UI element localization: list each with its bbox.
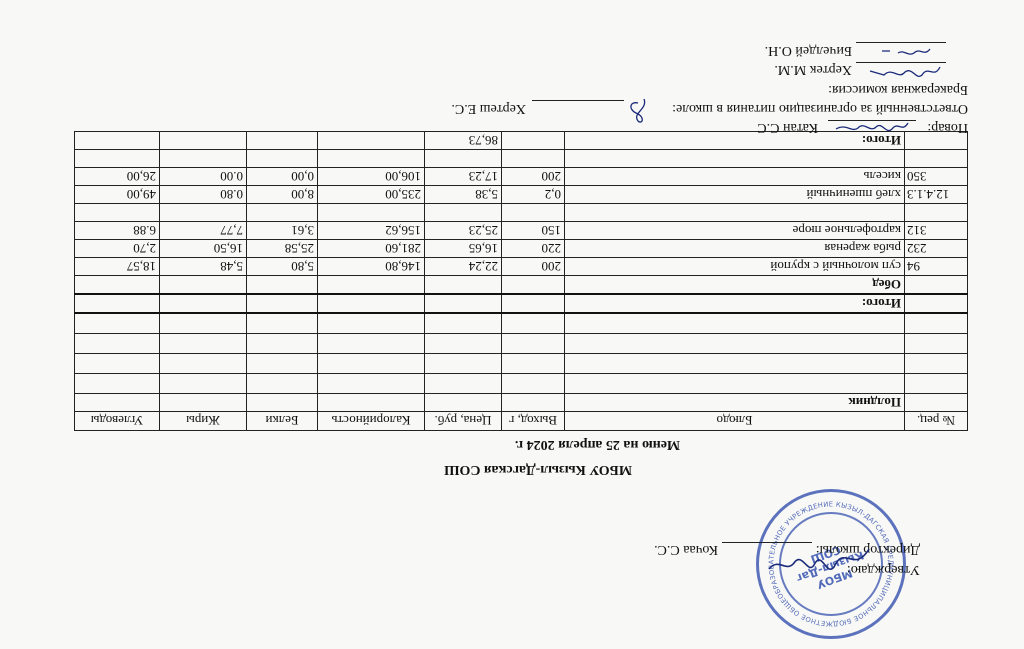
director-signature [764,539,874,579]
cell-yield [502,394,565,412]
cell-recipe [905,204,968,222]
cell-calories: 146,80 [318,258,425,276]
cook-name: Катан С.С [757,119,818,135]
cell-yield: 200 [502,168,565,186]
col-proteins-header: Белки [247,412,318,431]
cell-fats: 16,50 [160,240,247,258]
cell-fats [160,374,247,394]
cell-fats [160,132,247,150]
commission-signature-line-1 [856,62,946,63]
cell-yield [502,313,565,334]
cell-recipe [905,276,968,295]
cell-price [425,354,502,374]
empty-row [75,354,968,374]
cell-yield [502,204,565,222]
commission-member-1: Хертек М.М. [774,61,852,77]
cell-carbs: 2,70 [75,240,160,258]
col-calories-header: Калорийность [318,412,425,431]
cell-calories [318,394,425,412]
cell-proteins [247,374,318,394]
cell-carbs [75,313,160,334]
cell-fats [160,204,247,222]
cell-carbs [75,354,160,374]
cell-yield: 150 [502,222,565,240]
cell-recipe: 232 [905,240,968,258]
cell-fats [160,294,247,313]
table-row: 232рыба жареная22016,65281,6025,5816,502… [75,240,968,258]
cell-proteins: 5,80 [247,258,318,276]
cell-recipe [905,394,968,412]
cell-dish: суп молочный с крупой [565,258,905,276]
cell-recipe [905,313,968,334]
cell-proteins [247,150,318,168]
cell-dish: кисель [565,168,905,186]
responsible-signature [622,95,652,127]
cell-calories [318,313,425,334]
cell-proteins [247,334,318,354]
section-row: Полдник [75,394,968,412]
total-price: 86,73 [425,132,502,150]
cell-fats [160,150,247,168]
cell-calories: 106,00 [318,168,425,186]
cell-yield [502,150,565,168]
empty-row [75,313,968,334]
responsible-label: Ответственный за организацию питания в ш… [672,100,968,116]
cell-dish: хлеб пшеничный [565,186,905,204]
cell-yield: 0,2 [502,186,565,204]
cell-carbs [75,150,160,168]
table-row: 12.4.1.3хлеб пшеничный0,25,38235,008,000… [75,186,968,204]
cell-calories [318,374,425,394]
cell-dish [565,334,905,354]
cell-carbs: 49,00 [75,186,160,204]
cell-carbs [75,394,160,412]
cell-calories [318,204,425,222]
cell-fats: 0.00 [160,168,247,186]
cook-label: Повар: [927,119,968,135]
cell-price: 25,23 [425,222,502,240]
commission-signature-line-2 [856,42,946,43]
cell-recipe: 94 [905,258,968,276]
cell-carbs [75,204,160,222]
total-label: Итого: [565,294,905,313]
cell-recipe: 350 [905,168,968,186]
cell-carbs: 18,57 [75,258,160,276]
cell-price [425,276,502,295]
cell-recipe [905,374,968,394]
total-row: Итого: [75,294,968,313]
table-row: 350кисель20017,23106,000,000.0026,00 [75,168,968,186]
empty-row [75,150,968,168]
cell-proteins [247,132,318,150]
section-title: Обед [565,276,905,295]
cell-calories [318,132,425,150]
document-page: МУНИЦИПАЛЬНОЕ БЮДЖЕТНОЕ ОБЩЕОБРАЗОВАТЕЛЬ… [0,0,1024,649]
cell-recipe [905,334,968,354]
cell-price [425,394,502,412]
cell-fats [160,354,247,374]
menu-date-title: Меню на 25 апреля 2024 г. [515,436,680,452]
cell-proteins [247,276,318,295]
cell-yield [502,276,565,295]
table-row: 312картофельное пюре15025,23156,623,617,… [75,222,968,240]
cell-carbs [75,276,160,295]
commission-member-2: Бичелдей О.Н. [765,42,852,58]
cell-calories: 281,60 [318,240,425,258]
cell-yield [502,374,565,394]
cell-yield [502,334,565,354]
cell-price [425,150,502,168]
cell-carbs [75,334,160,354]
cell-yield [502,132,565,150]
cell-recipe: 312 [905,222,968,240]
commission-signature-2 [874,43,934,61]
cell-dish [565,204,905,222]
cell-price: 17,23 [425,168,502,186]
menu-table: № рец. Блюдо Выход, г Цена, руб. Калорий… [74,131,968,431]
col-yield-header: Выход, г [502,412,565,431]
cell-proteins [247,394,318,412]
empty-row [75,374,968,394]
cell-price [425,334,502,354]
cell-calories [318,276,425,295]
cell-calories [318,294,425,313]
commission-signature-1 [864,61,944,83]
table-header-row: № рец. Блюдо Выход, г Цена, руб. Калорий… [75,412,968,431]
table-row: 94суп молочный с крупой20022,24146,805,8… [75,258,968,276]
cell-carbs [75,374,160,394]
cell-proteins [247,294,318,313]
cell-carbs [75,294,160,313]
school-title: МБОУ Кызыл-Дагская СОШ [444,461,632,477]
col-carbs-header: Углеводы [75,412,160,431]
cell-recipe [905,150,968,168]
cell-price: 16,65 [425,240,502,258]
col-fats-header: Жиры [160,412,247,431]
cell-proteins: 0,00 [247,168,318,186]
cell-dish: рыба жареная [565,240,905,258]
cell-dish: картофельное пюре [565,222,905,240]
responsible-name: Хертеш Е.С. [451,100,526,116]
cell-yield [502,354,565,374]
cell-fats [160,334,247,354]
cook-signature [832,117,912,137]
section-title: Полдник [565,394,905,412]
cell-carbs [75,132,160,150]
commission-label: Бракеражная комиссия: [828,81,968,97]
cell-calories: 235,00 [318,186,425,204]
col-price-header: Цена, руб. [425,412,502,431]
total-price [425,294,502,313]
section-row: Обед [75,276,968,295]
cell-fats [160,394,247,412]
cell-proteins [247,204,318,222]
cell-fats: 0.80 [160,186,247,204]
cell-price [425,374,502,394]
cell-fats [160,276,247,295]
cell-yield: 200 [502,258,565,276]
cell-carbs: 6.88 [75,222,160,240]
cell-calories: 156,62 [318,222,425,240]
cell-calories [318,354,425,374]
cell-dish [565,150,905,168]
menu-table-body: ПолдникИтого:Обед94суп молочный с крупой… [75,132,968,412]
empty-row [75,204,968,222]
responsible-signature-line [532,100,624,101]
col-dish-header: Блюдо [565,412,905,431]
cell-recipe: 12.4.1.3 [905,186,968,204]
cell-fats: 7,77 [160,222,247,240]
cell-fats: 5,48 [160,258,247,276]
cell-proteins [247,354,318,374]
cell-yield: 220 [502,240,565,258]
cell-calories [318,334,425,354]
director-name: Кочаа С.С. [654,541,718,557]
cell-proteins [247,313,318,334]
cell-recipe [905,294,968,313]
cell-price: 22,24 [425,258,502,276]
cell-price [425,204,502,222]
cell-dish [565,374,905,394]
cell-price: 5,38 [425,186,502,204]
cell-dish [565,354,905,374]
cell-proteins: 25,58 [247,240,318,258]
cell-yield [502,294,565,313]
cell-proteins: 8,00 [247,186,318,204]
cell-dish [565,313,905,334]
cell-fats [160,313,247,334]
cell-recipe [905,354,968,374]
col-recipe-header: № рец. [905,412,968,431]
empty-row [75,334,968,354]
cell-calories [318,150,425,168]
cell-proteins: 3,61 [247,222,318,240]
cell-carbs: 26,00 [75,168,160,186]
cell-price [425,313,502,334]
